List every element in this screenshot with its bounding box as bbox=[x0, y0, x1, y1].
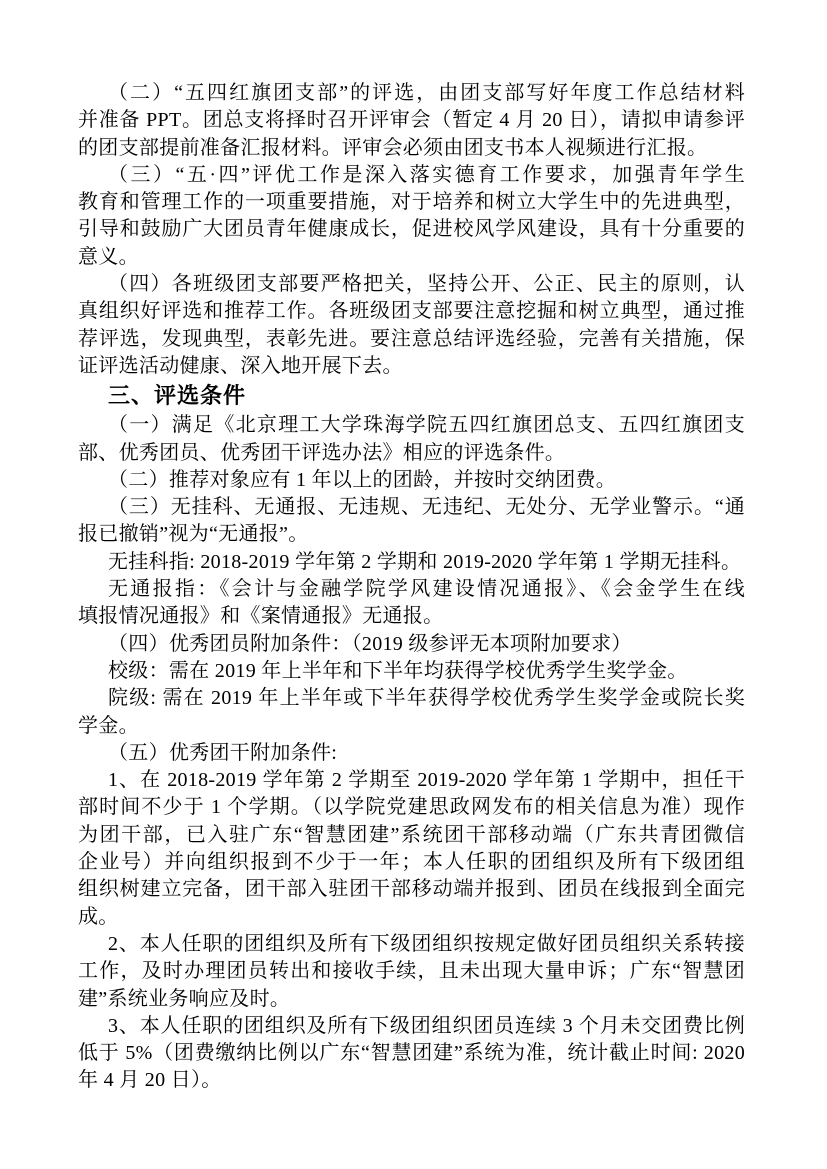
text-line: 教育和管理工作的一项重要措施，对于培养和树立大学生中的先进典型， bbox=[78, 189, 745, 216]
section-heading: 三、评选条件 bbox=[78, 380, 745, 412]
text-line: 建”系统业务响应及时。 bbox=[78, 986, 745, 1013]
text-line: （二）“五四红旗团支部”的评选，由团支部写好年度工作总结材料 bbox=[78, 80, 745, 107]
paragraph: 3、本人任职的团组织及所有下级团组织团员连续 3 个月未交团费比例低于 5%（团… bbox=[78, 1013, 745, 1095]
text-line: 院级: 需在 2019 年上半年或下半年获得学校优秀学生奖学金或院长奖 bbox=[78, 685, 745, 712]
document-body: （二）“五四红旗团支部”的评选，由团支部写好年度工作总结材料并准备 PPT。团总… bbox=[78, 80, 745, 1095]
text-line: 荐评选，发现典型，表彰先进。要注意总结评选经验，完善有关措施，保 bbox=[78, 326, 745, 353]
paragraph: （四）优秀团员附加条件：（2019 级参评无本项附加要求） bbox=[78, 631, 745, 658]
paragraph: 1、在 2018-2019 学年第 2 学期至 2019-2020 学年第 1 … bbox=[78, 767, 745, 931]
text-line: 的团支部提前准备汇报材料。评审会必须由团支书本人视频进行汇报。 bbox=[78, 135, 745, 162]
paragraph: （三）无挂科、无通报、无违规、无违纪、无处分、无学业警示。“通报已撤销”视为“无… bbox=[78, 494, 745, 549]
paragraph: （一）满足《北京理工大学珠海学院五四红旗团总支、五四红旗团支部、优秀团员、优秀团… bbox=[78, 412, 745, 467]
text-line: 填报情况通报》和《案情通报》无通报。 bbox=[78, 603, 745, 630]
text-line: 意义。 bbox=[78, 244, 745, 271]
text-line: （四）各班级团支部要严格把关，坚持公开、公正、民主的原则，认 bbox=[78, 271, 745, 298]
text-line: 校级：需在 2019 年上半年和下半年均获得学校优秀学生奖学金。 bbox=[78, 658, 745, 685]
paragraph: （四）各班级团支部要严格把关，坚持公开、公正、民主的原则，认真组织好评选和推荐工… bbox=[78, 271, 745, 380]
text-line: 无挂科指: 2018-2019 学年第 2 学期和 2019-2020 学年第 … bbox=[78, 549, 745, 576]
text-line: 学金。 bbox=[78, 713, 745, 740]
paragraph: 无挂科指: 2018-2019 学年第 2 学期和 2019-2020 学年第 … bbox=[78, 549, 745, 576]
text-line: 3、本人任职的团组织及所有下级团组织团员连续 3 个月未交团费比例 bbox=[78, 1013, 745, 1040]
text-line: 2、本人任职的团组织及所有下级团组织按规定做好团员组织关系转接 bbox=[78, 931, 745, 958]
text-line: 部时间不少于 1 个学期。（以学院党建思政网发布的相关信息为准）现作 bbox=[78, 794, 745, 821]
paragraph: 无通报指：《会计与金融学院学风建设情况通报》、《会金学生在线填报情况通报》和《案… bbox=[78, 576, 745, 631]
text-line: 引导和鼓励广大团员青年健康成长，促进校风学风建设，具有十分重要的 bbox=[78, 216, 745, 243]
text-line: 部、优秀团员、优秀团干评选办法》相应的评选条件。 bbox=[78, 440, 745, 467]
paragraph: 2、本人任职的团组织及所有下级团组织按规定做好团员组织关系转接工作，及时办理团员… bbox=[78, 931, 745, 1013]
text-line: 无通报指：《会计与金融学院学风建设情况通报》、《会金学生在线 bbox=[78, 576, 745, 603]
paragraph: （三）“五·四”评优工作是深入落实德育工作要求，加强青年学生教育和管理工作的一项… bbox=[78, 162, 745, 271]
text-line: 年 4 月 20 日）。 bbox=[78, 1067, 745, 1094]
paragraph: 校级：需在 2019 年上半年和下半年均获得学校优秀学生奖学金。 bbox=[78, 658, 745, 685]
text-line: 成。 bbox=[78, 904, 745, 931]
paragraph: （二）推荐对象应有 1 年以上的团龄，并按时交纳团费。 bbox=[78, 467, 745, 494]
text-line: 并准备 PPT。团总支将择时召开评审会（暂定 4 月 20 日），请拟申请参评 bbox=[78, 107, 745, 134]
text-line: （三）“五·四”评优工作是深入落实德育工作要求，加强青年学生 bbox=[78, 162, 745, 189]
text-line: 工作，及时办理团员转出和接收手续，且未出现大量申诉；广东“智慧团 bbox=[78, 958, 745, 985]
text-line: （五）优秀团干附加条件: bbox=[78, 740, 745, 767]
text-line: （二）推荐对象应有 1 年以上的团龄，并按时交纳团费。 bbox=[78, 467, 745, 494]
document-page: （二）“五四红旗团支部”的评选，由团支部写好年度工作总结材料并准备 PPT。团总… bbox=[0, 0, 827, 1169]
text-line: 1、在 2018-2019 学年第 2 学期至 2019-2020 学年第 1 … bbox=[78, 767, 745, 794]
paragraph: （二）“五四红旗团支部”的评选，由团支部写好年度工作总结材料并准备 PPT。团总… bbox=[78, 80, 745, 162]
text-line: 真组织好评选和推荐工作。各班级团支部要注意挖掘和树立典型，通过推 bbox=[78, 298, 745, 325]
text-line: 为团干部，已入驻广东“智慧团建”系统团干部移动端（广东共青团微信 bbox=[78, 822, 745, 849]
text-line: 证评选活动健康、深入地开展下去。 bbox=[78, 353, 745, 380]
text-line: （四）优秀团员附加条件：（2019 级参评无本项附加要求） bbox=[78, 631, 745, 658]
paragraph: 院级: 需在 2019 年上半年或下半年获得学校优秀学生奖学金或院长奖学金。 bbox=[78, 685, 745, 740]
text-line: （三）无挂科、无通报、无违规、无违纪、无处分、无学业警示。“通 bbox=[78, 494, 745, 521]
text-line: 企业号）并向组织报到不少于一年；本人任职的团组织及所有下级团组织， bbox=[78, 849, 745, 876]
text-line: 三、评选条件 bbox=[78, 380, 745, 412]
text-line: 低于 5%（团费缴纳比例以广东“智慧团建”系统为准，统计截止时间: 2020 bbox=[78, 1040, 745, 1067]
text-line: 报已撤销”视为“无通报”。 bbox=[78, 521, 745, 548]
text-line: （一）满足《北京理工大学珠海学院五四红旗团总支、五四红旗团支 bbox=[78, 412, 745, 439]
text-line: 组织树建立完备，团干部入驻团干部移动端并报到、团员在线报到全面完 bbox=[78, 876, 745, 903]
paragraph: （五）优秀团干附加条件: bbox=[78, 740, 745, 767]
